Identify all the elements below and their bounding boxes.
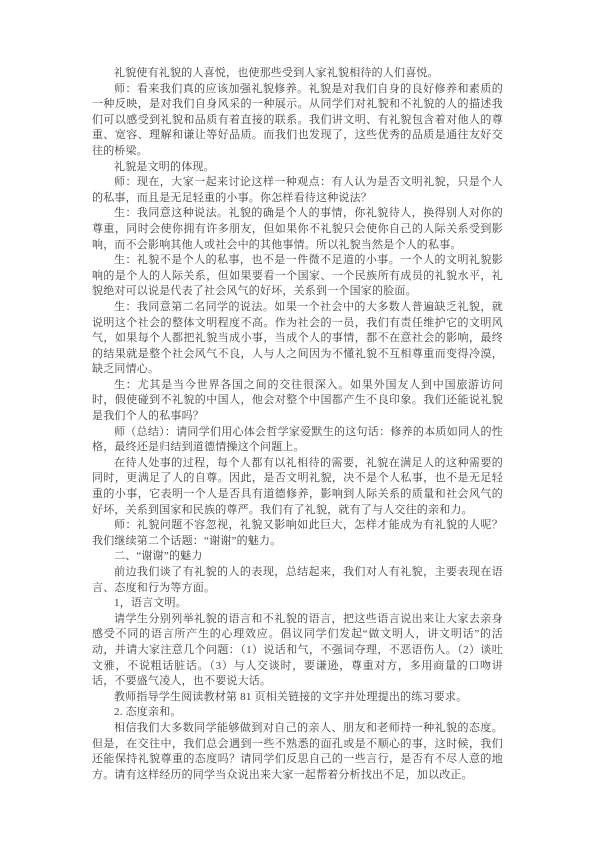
paragraph-teacher-summary: 师（总结）：请同学们用心体会哲学家爱默生的这句话：修养的本质如同人的性格，最终还… <box>92 425 503 456</box>
paragraph-student-3: 生：我同意第二名同学的说法。如果一个社会中的大多数人普遍缺乏礼貌，就说明这个社会… <box>92 300 503 378</box>
paragraph-statement: 礼貌是文明的体现。 <box>92 160 503 176</box>
document-page: 礼貌使有礼貌的人喜悦，也使那些受到人家礼貌相待的人们喜悦。 师：看来我们真的应该… <box>0 0 595 841</box>
subheading-language: 1，语言文明。 <box>92 596 503 612</box>
paragraph-teacher-transition: 师：礼貌问题不容忽视，礼貌又影响如此巨大，怎样才能成为有礼貌的人呢？我们继续第二… <box>92 518 503 549</box>
paragraph-conclusion: 在待人处事的过程，每个人都有以礼相待的需要，礼貌在满足人的这种需要的同时，更满足… <box>92 456 503 518</box>
paragraph-student-1: 生：我同意这种说法。礼貌的确是个人的事情，你礼貌待人，换得别人对你的尊重，同时会… <box>92 206 503 253</box>
document-text-block: 礼貌使有礼貌的人喜悦，也使那些受到人家礼貌相待的人们喜悦。 师：看来我们真的应该… <box>92 66 503 783</box>
section-heading-2: 二、“谢谢”的魅力 <box>92 549 503 565</box>
paragraph-student-4: 生：尤其是当今世界各国之间的交往很深入。如果外国友人到中国旅游访问时，假使碰到不… <box>92 378 503 425</box>
paragraph-teacher-1: 师：看来我们真的应该加强礼貌修养。礼貌是对我们自身的良好修养和素质的一种反映，是… <box>92 82 503 160</box>
paragraph-teacher-2: 师：现在，大家一起来讨论这样一种观点：有人认为是否文明礼貌，只是个人的私事，而且… <box>92 175 503 206</box>
paragraph-attitude-discussion: 相信我们大多数同学能够做到对自己的亲人、朋友和老师持一种礼貌的态度。但是，在交往… <box>92 721 503 783</box>
paragraph-section-intro: 前边我们谈了有礼貌的人的表现，总结起来，我们对人有礼貌，主要表现在语言、态度和行… <box>92 565 503 596</box>
subheading-attitude: 2. 态度亲和。 <box>92 705 503 721</box>
paragraph-language-activity: 请学生分别列举礼貌的语言和不礼貌的语言，把这些语言说出来让大家去亲身感受不同的语… <box>92 612 503 690</box>
paragraph-textbook-instruction: 教师指导学生阅读教材第 81 页相关链接的文字并处理提出的练习要求。 <box>92 690 503 706</box>
paragraph-intro-quote: 礼貌使有礼貌的人喜悦，也使那些受到人家礼貌相待的人们喜悦。 <box>92 66 503 82</box>
paragraph-student-2: 生：礼貌不是个人的私事，也不是一件微不足道的小事。一个人的文明礼貌影响的是个人的… <box>92 253 503 300</box>
